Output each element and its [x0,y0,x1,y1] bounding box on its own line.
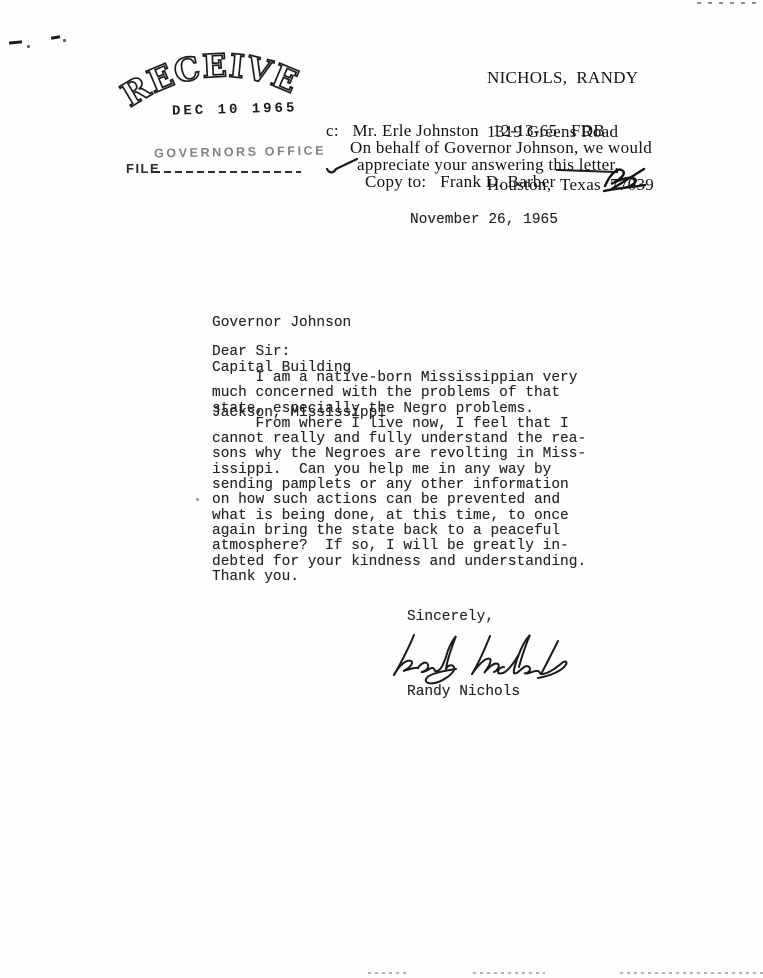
letter-body: I am a native-born Mississippian very mu… [212,371,586,585]
governors-office-stamp: GOVERNORS OFFICE [154,143,326,160]
scan-artifact-bottom [368,972,410,974]
received-stamp-text: RECEIVED [106,14,305,114]
randy-nichols-signature [386,629,591,687]
barber-initials-signature [598,166,650,192]
file-blank-line [153,171,301,173]
letter-date: November 26, 1965 [410,212,558,228]
typed-signature-name: Randy Nichols [407,684,520,700]
valediction: Sincerely, [407,609,494,625]
stamp-date: DEC 10 1965 [172,100,298,119]
scan-artifact-bottom [620,972,763,974]
svg-text:RECEIVED: RECEIVED [106,14,305,114]
routing-line-4: Copy to: Frank D. Barber [365,172,556,192]
scan-artifact-mark [9,40,22,44]
sender-name: NICHOLS, RANDY [487,69,654,87]
salutation: Dear Sir: [212,344,290,360]
scan-artifact-mark [51,35,60,39]
recipient-name: Governor Johnson [212,316,386,331]
scan-artifact-top-right [697,2,763,4]
scanned-letter-page: RECEIVED DEC 10 1965 GOVERNORS OFFICE FI… [0,0,763,978]
received-stamp: RECEIVED DEC 10 1965 [120,44,305,129]
scan-artifact-dot [196,498,199,501]
scan-artifact-dot [63,39,66,42]
file-line: FILE [126,160,306,176]
scan-artifact-dot [27,45,30,48]
scan-artifact-bottom [473,972,545,974]
file-label: FILE [126,161,160,176]
checkmark-icon [324,156,360,176]
